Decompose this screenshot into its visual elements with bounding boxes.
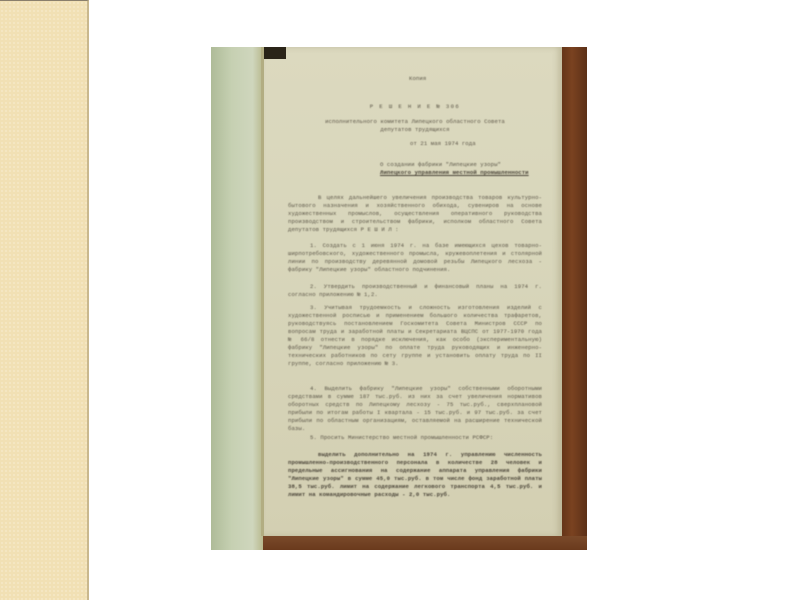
document-date: от 21 мая 1974 года <box>410 140 476 148</box>
folder-cover <box>211 47 263 550</box>
issuer-line-2: депутатов трудящихся <box>282 126 548 134</box>
preamble: В целях дальнейшего увеличения производс… <box>288 194 542 234</box>
item-2: 2. Утвердить производственный и финансов… <box>288 283 542 299</box>
typewritten-page: Копия Р Е Ш Е Н И Е № 306 исполнительног… <box>261 47 562 536</box>
corner-mark: Копия <box>409 75 426 83</box>
slide-side-band <box>0 0 89 600</box>
item-4: 4. Выделить фабрику "Липецкие узоры" соб… <box>288 385 542 433</box>
table-bottom-edge <box>211 536 587 550</box>
document-photo: Копия Р Е Ш Е Н И Е № 306 исполнительног… <box>211 47 587 550</box>
item-5-body: выделить дополнительно на 1974 г. управл… <box>288 451 542 499</box>
subject-line-2: Липецкого управления местной промышленно… <box>380 169 529 177</box>
issuer-line-1: исполнительного комитета Липецкого облас… <box>282 118 548 126</box>
page-corner-shadow <box>264 47 286 59</box>
document-title: Р Е Ш Е Н И Е № 306 <box>282 103 548 111</box>
subject-line-1: О создании фабрики "Липецкие узоры" <box>380 161 501 169</box>
item-3: 3. Учитывая трудоемкость и сложность изг… <box>288 304 542 368</box>
item-1: 1. Создать с 1 июня 1974 г. на базе имею… <box>288 242 542 274</box>
item-5: 5. Просить Министерство местной промышле… <box>288 434 542 442</box>
